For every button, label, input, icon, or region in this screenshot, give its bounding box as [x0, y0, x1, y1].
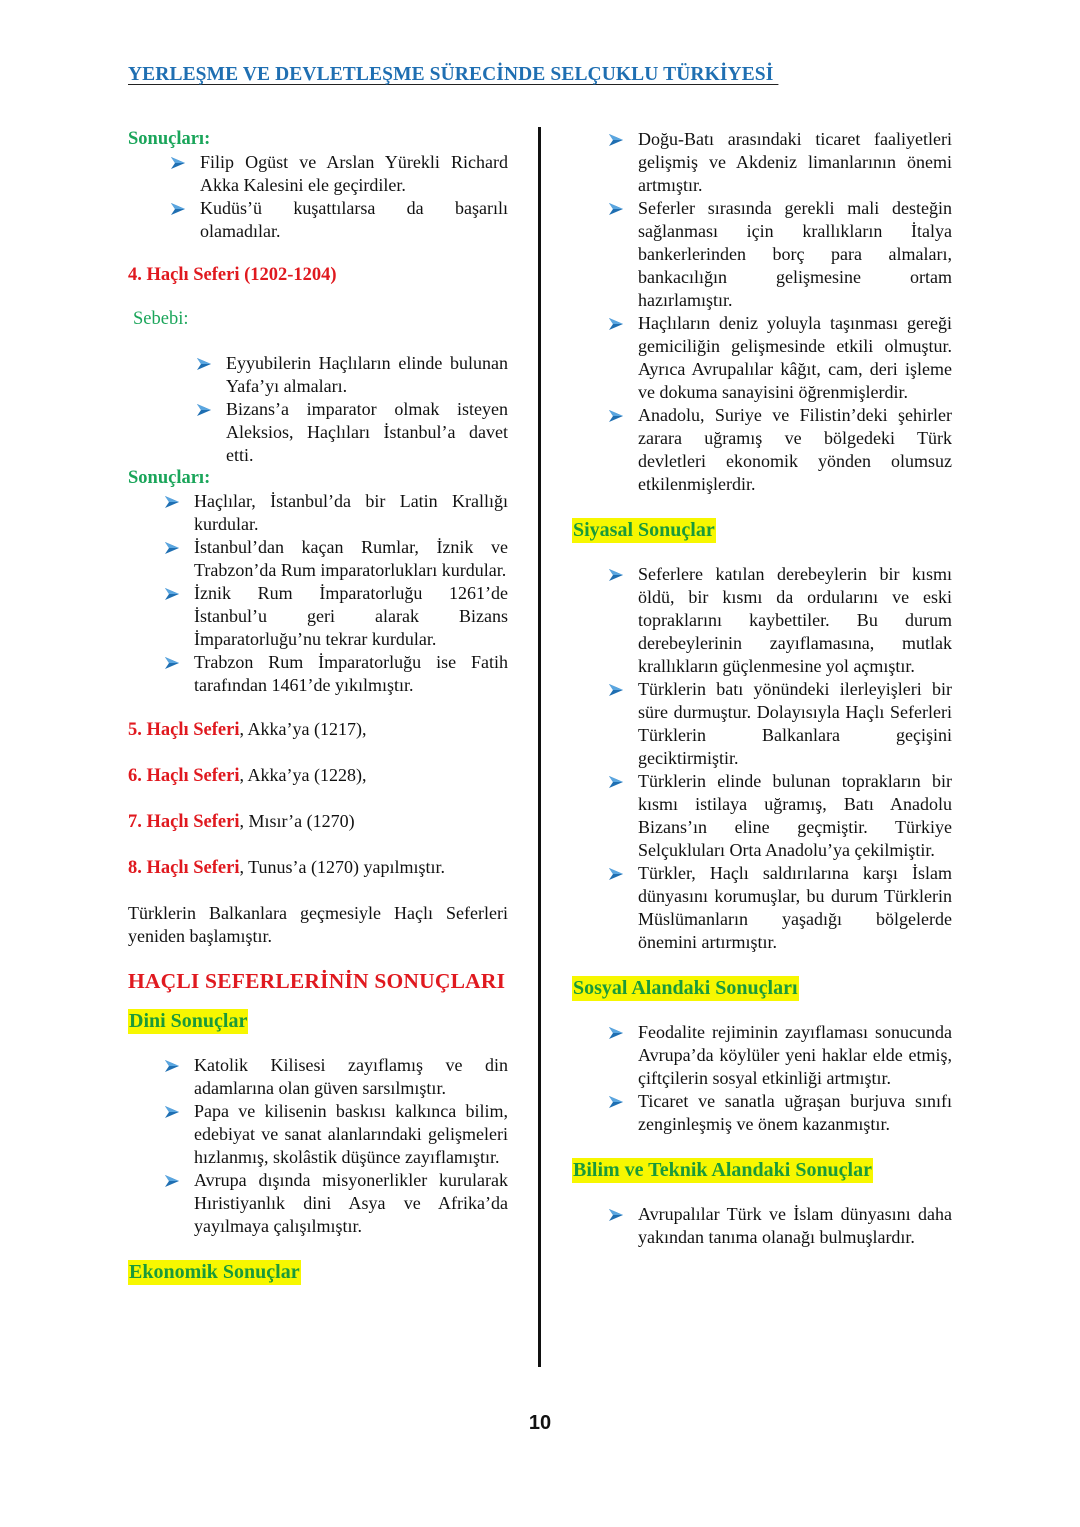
crusade-8-line: 8. Haçlı Seferi, Tunus’a (1270) yapılmış… — [128, 856, 508, 880]
arrow-bullet-icon — [608, 867, 624, 881]
arrow-bullet-icon — [608, 1095, 624, 1109]
religious-results-list: Katolik Kilisesi zayıflamış ve din adaml… — [128, 1054, 508, 1238]
list-item: Anadolu, Suriye ve Filistin’deki şehirle… — [572, 404, 952, 496]
arrow-bullet-icon — [608, 775, 624, 789]
list-item: Avrupa dışında misyonerlikler kurularak … — [128, 1169, 508, 1238]
list-item: Türkler, Haçlı saldırılarına karşı İslam… — [572, 862, 952, 954]
third-crusade-results-label: Sonuçları: — [128, 128, 508, 151]
list-item: İstanbul’dan kaçan Rumlar, İznik ve Trab… — [128, 536, 508, 582]
arrow-bullet-icon — [164, 1059, 180, 1073]
right-column: Doğu-Batı arasındaki ticaret faaliyetler… — [572, 128, 952, 1249]
list-item: Kudüs’ü kuşattılarsa da başarılı olamadı… — [128, 197, 508, 243]
fourth-crusade-results-list: Haçlılar, İstanbul’da bir Latin Krallığı… — [128, 490, 508, 697]
fourth-crusade-cause-label: Sebebi: — [133, 308, 508, 331]
page-number: 10 — [0, 1412, 1080, 1435]
arrow-bullet-icon — [608, 202, 624, 216]
list-item: Türklerin batı yönündeki ilerleyişleri b… — [572, 678, 952, 770]
crusade-5-line: 5. Haçlı Seferi, Akka’ya (1217), — [128, 718, 508, 742]
list-item: Trabzon Rum İmparatorluğu ise Fatih tara… — [128, 651, 508, 697]
list-item: İznik Rum İmparatorluğu 1261’de İstanbul… — [128, 582, 508, 651]
arrow-bullet-icon — [608, 317, 624, 331]
arrow-bullet-icon — [608, 1208, 624, 1222]
arrow-bullet-icon — [608, 1026, 624, 1040]
arrow-bullet-icon — [196, 357, 212, 371]
arrow-bullet-icon — [164, 1174, 180, 1188]
science-results-heading: Bilim ve Teknik Alandaki Sonuçlar — [572, 1158, 873, 1183]
list-item: Eyyubilerin Haçlıların elinde bulunan Ya… — [128, 352, 508, 398]
religious-results-heading: Dini Sonuçlar — [128, 1009, 248, 1034]
arrow-bullet-icon — [170, 156, 186, 170]
list-item: Haçlılar, İstanbul’da bir Latin Krallığı… — [128, 490, 508, 536]
arrow-bullet-icon — [196, 403, 212, 417]
science-results-list: Avrupalılar Türk ve İslam dünyasını daha… — [572, 1203, 952, 1249]
third-crusade-results-list: Filip Ogüst ve Arslan Yürekli Richard Ak… — [128, 151, 508, 243]
page-header-title: YERLEŞME VE DEVLETLEŞME SÜRECİNDE SELÇUK… — [128, 64, 778, 86]
arrow-bullet-icon — [608, 568, 624, 582]
list-item: Bizans’a imparator olmak isteyen Aleksio… — [128, 398, 508, 467]
list-item: Haçlıların deniz yoluyla taşınması gereğ… — [572, 312, 952, 404]
column-divider — [538, 127, 541, 1367]
fourth-crusade-causes-list: Eyyubilerin Haçlıların elinde bulunan Ya… — [128, 352, 508, 467]
list-item: Türklerin elinde bulunan toprakların bir… — [572, 770, 952, 862]
list-item: Papa ve kilisenin baskısı kalkınca bilim… — [128, 1100, 508, 1169]
list-item: Doğu-Batı arasındaki ticaret faaliyetler… — [572, 128, 952, 197]
arrow-bullet-icon — [608, 409, 624, 423]
arrow-bullet-icon — [608, 683, 624, 697]
list-item: Katolik Kilisesi zayıflamış ve din adaml… — [128, 1054, 508, 1100]
social-results-heading: Sosyal Alandaki Sonuçları — [572, 976, 799, 1001]
arrow-bullet-icon — [164, 1105, 180, 1119]
list-item: Seferler sırasında gerekli mali desteğin… — [572, 197, 952, 312]
results-section-heading: HAÇLI SEFERLERİNİN SONUÇLARI — [128, 970, 508, 993]
list-item: Seferlere katılan derebeylerin bir kısmı… — [572, 563, 952, 678]
fourth-crusade-results-label: Sonuçları: — [128, 467, 508, 490]
list-item: Feodalite rejiminin zayıflaması sonucund… — [572, 1021, 952, 1090]
arrow-bullet-icon — [164, 587, 180, 601]
political-results-heading: Siyasal Sonuçlar — [572, 518, 716, 543]
fourth-crusade-heading: 4. Haçlı Seferi (1202-1204) — [128, 264, 508, 287]
social-results-list: Feodalite rejiminin zayıflaması sonucund… — [572, 1021, 952, 1136]
arrow-bullet-icon — [164, 495, 180, 509]
list-item: Filip Ogüst ve Arslan Yürekli Richard Ak… — [128, 151, 508, 197]
crusade-6-line: 6. Haçlı Seferi, Akka’ya (1228), — [128, 764, 508, 788]
balkan-note: Türklerin Balkanlara geçmesiyle Haçlı Se… — [128, 902, 508, 948]
left-column: Sonuçları: Filip Ogüst ve Arslan Yürekli… — [128, 128, 508, 1285]
arrow-bullet-icon — [164, 541, 180, 555]
economic-results-list: Doğu-Batı arasındaki ticaret faaliyetler… — [572, 128, 952, 496]
economic-results-heading: Ekonomik Sonuçlar — [128, 1260, 301, 1285]
crusade-7-line: 7. Haçlı Seferi, Mısır’a (1270) — [128, 810, 508, 834]
arrow-bullet-icon — [608, 133, 624, 147]
list-item: Ticaret ve sanatla uğraşan burjuva sınıf… — [572, 1090, 952, 1136]
arrow-bullet-icon — [170, 202, 186, 216]
list-item: Avrupalılar Türk ve İslam dünyasını daha… — [572, 1203, 952, 1249]
arrow-bullet-icon — [164, 656, 180, 670]
political-results-list: Seferlere katılan derebeylerin bir kısmı… — [572, 563, 952, 954]
